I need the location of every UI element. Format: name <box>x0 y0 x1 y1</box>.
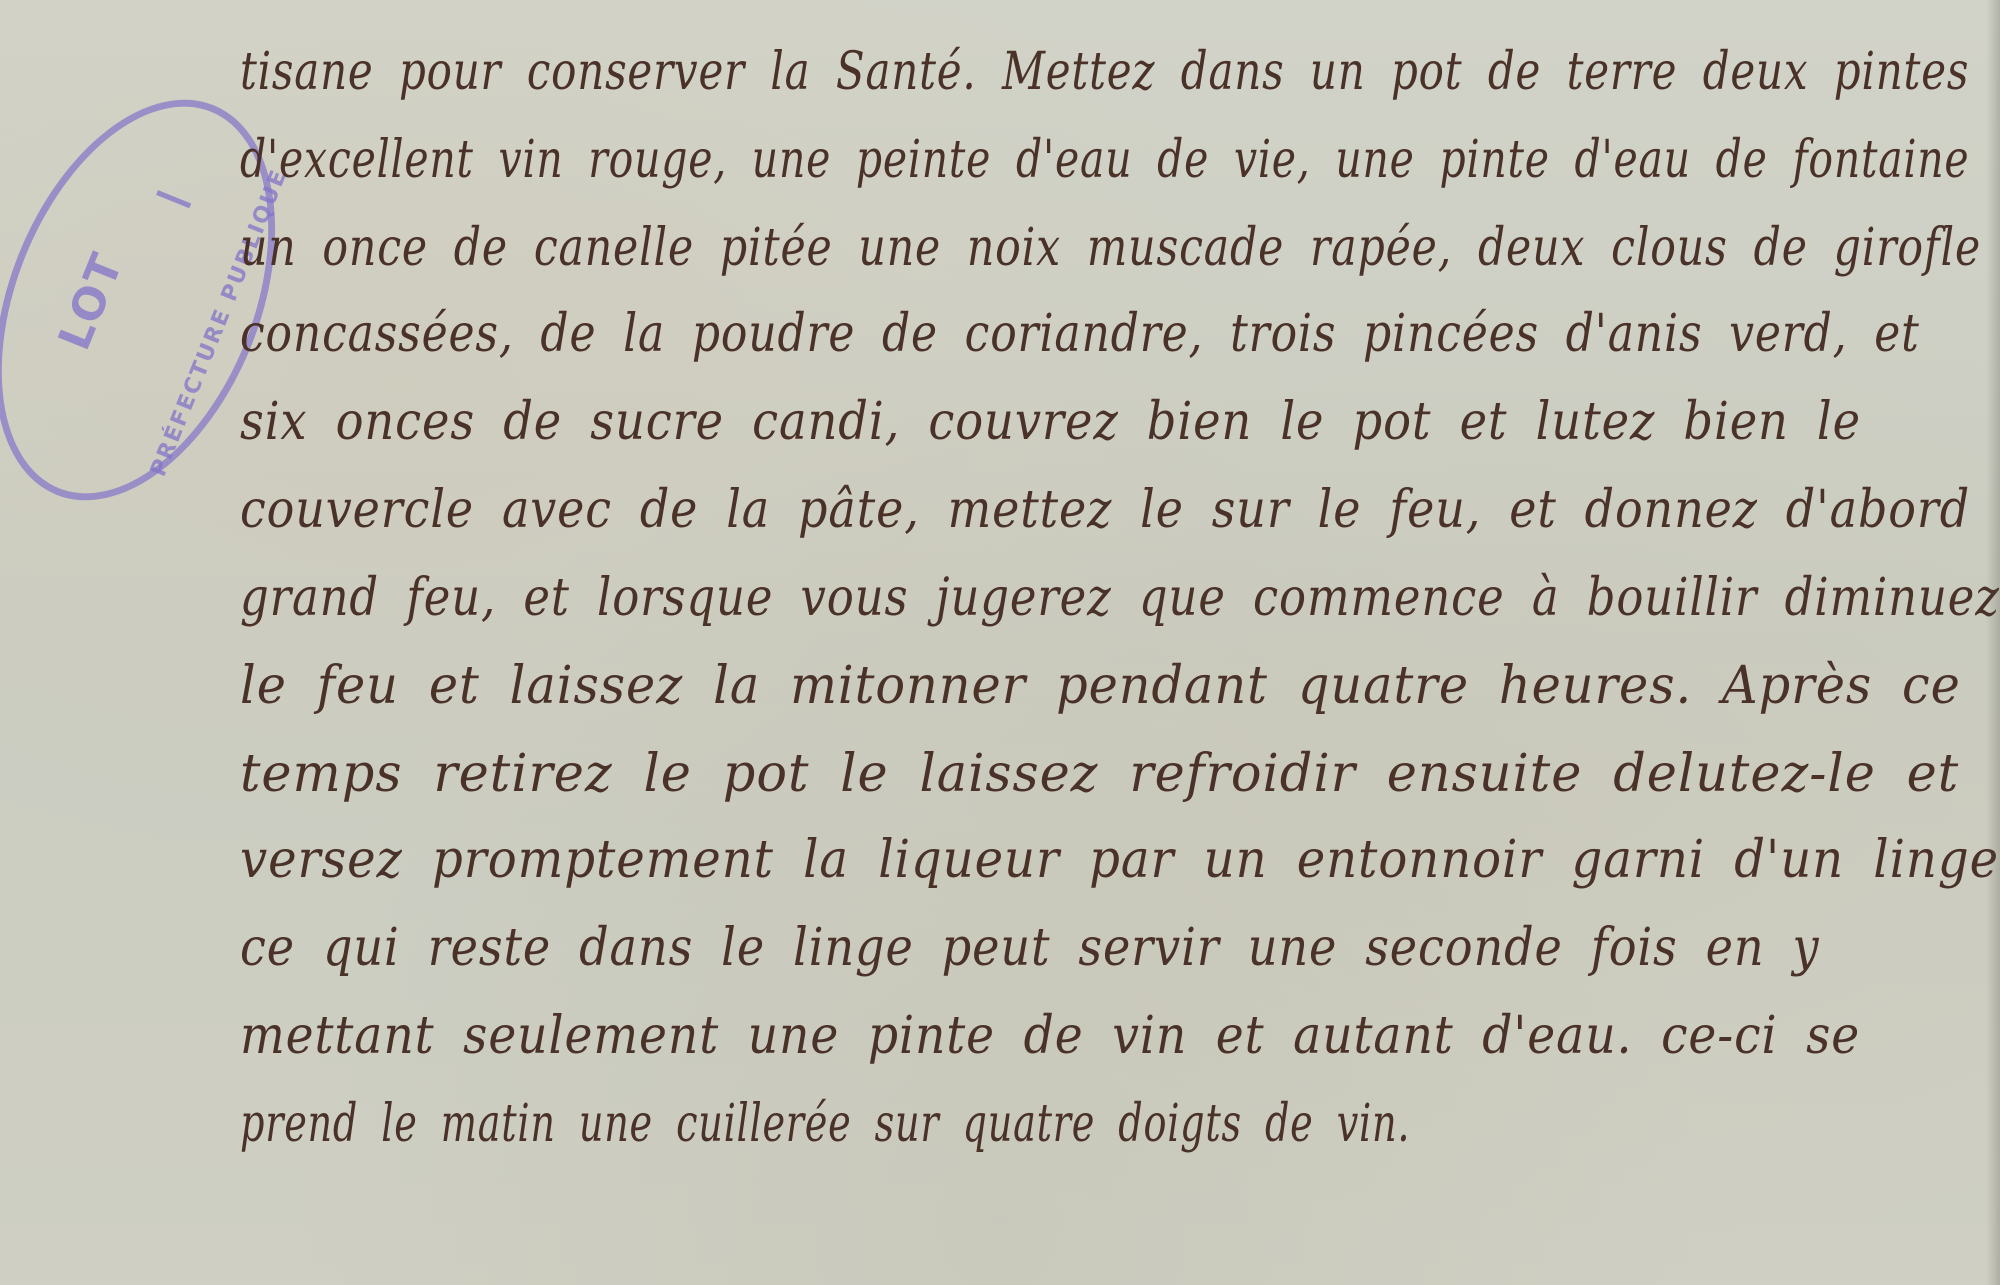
manuscript-line-3: un once de canelle pitée une noix muscad… <box>240 218 1981 278</box>
manuscript-line-6: couvercle avec de la pâte, mettez le sur… <box>240 480 1970 540</box>
manuscript-line-8: le feu et laissez la mitonner pendant qu… <box>240 656 1961 716</box>
manuscript-line-7: grand feu, et lorsque vous jugerez que c… <box>240 568 2000 628</box>
manuscript-line-1: tisane pour conserver la Santé. Mettez d… <box>240 42 1969 102</box>
manuscript-line-12: mettant seulement une pinte de vin et au… <box>240 1006 1860 1066</box>
manuscript-line-11: ce qui reste dans le linge peut servir u… <box>240 918 1819 978</box>
manuscript-line-13: prend le matin une cuillerée sur quatre … <box>240 1094 1410 1154</box>
manuscript-line-4: concassées, de la poudre de coriandre, t… <box>240 304 1920 364</box>
page-edge-shadow <box>1986 0 2000 1285</box>
manuscript-line-10: versez promptement la liqueur par un ent… <box>240 830 1999 890</box>
manuscript-page: — LOT PRÉFECTURE PUBLIQUE tisane pour co… <box>0 0 2000 1285</box>
manuscript-line-2: d'excellent vin rouge, une peinte d'eau … <box>240 130 1969 190</box>
manuscript-line-9: temps retirez le pot le laissez refroidi… <box>240 744 1959 804</box>
manuscript-line-5: six onces de sucre candi, couvrez bien l… <box>240 392 1861 452</box>
